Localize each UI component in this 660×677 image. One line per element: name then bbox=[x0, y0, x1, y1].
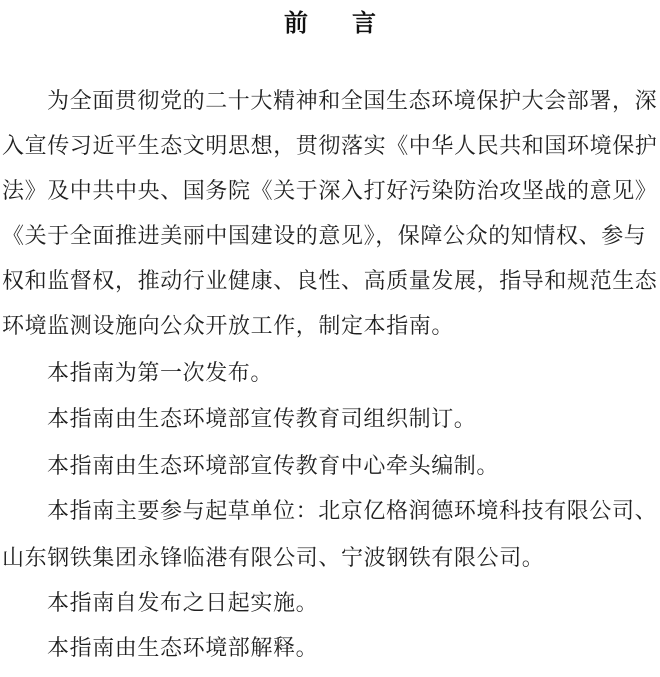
paragraph-line: 权和监督权，推动行业健康、良性、高质量发展，指导和规范生态 bbox=[2, 270, 657, 294]
paragraph-line: 入宣传习近平生态文明思想，贯彻落实《中华人民共和国环境保护 bbox=[2, 135, 657, 159]
page-title-char-1: 前 bbox=[284, 8, 308, 38]
paragraph-effective: 本指南自发布之日起实施。 bbox=[47, 592, 318, 616]
page-title: 前言 bbox=[0, 8, 660, 38]
paragraph-line: 法》及中共中央、国务院《关于深入打好污染防治攻坚战的意见》 bbox=[2, 180, 657, 204]
paragraph-compiler: 本指南由生态环境部宣传教育中心牵头编制。 bbox=[47, 455, 499, 479]
paragraph-line: 为全面贯彻党的二十大精神和全国生态环境保护大会部署，深 bbox=[47, 90, 657, 114]
paragraph-line: 本指南主要参与起草单位：北京亿格润德环境科技有限公司、 bbox=[47, 500, 657, 524]
document-page: 前言 为全面贯彻党的二十大精神和全国生态环境保护大会部署，深 入宣传习近平生态文… bbox=[0, 0, 660, 677]
paragraph-release: 本指南为第一次发布。 bbox=[47, 362, 273, 386]
paragraph-line: 山东钢铁集团永锋临港有限公司、宁波钢铁有限公司。 bbox=[2, 547, 544, 571]
paragraph-line: 环境监测设施向公众开放工作，制定本指南。 bbox=[2, 315, 454, 339]
paragraph-organizer: 本指南由生态环境部宣传教育司组织制订。 bbox=[47, 408, 476, 432]
paragraph-line: 《关于全面推进美丽中国建设的意见》，保障公众的知情权、参与 bbox=[2, 225, 646, 249]
paragraph-interpretation: 本指南由生态环境部解释。 bbox=[47, 637, 318, 661]
page-title-char-2: 言 bbox=[352, 8, 376, 38]
